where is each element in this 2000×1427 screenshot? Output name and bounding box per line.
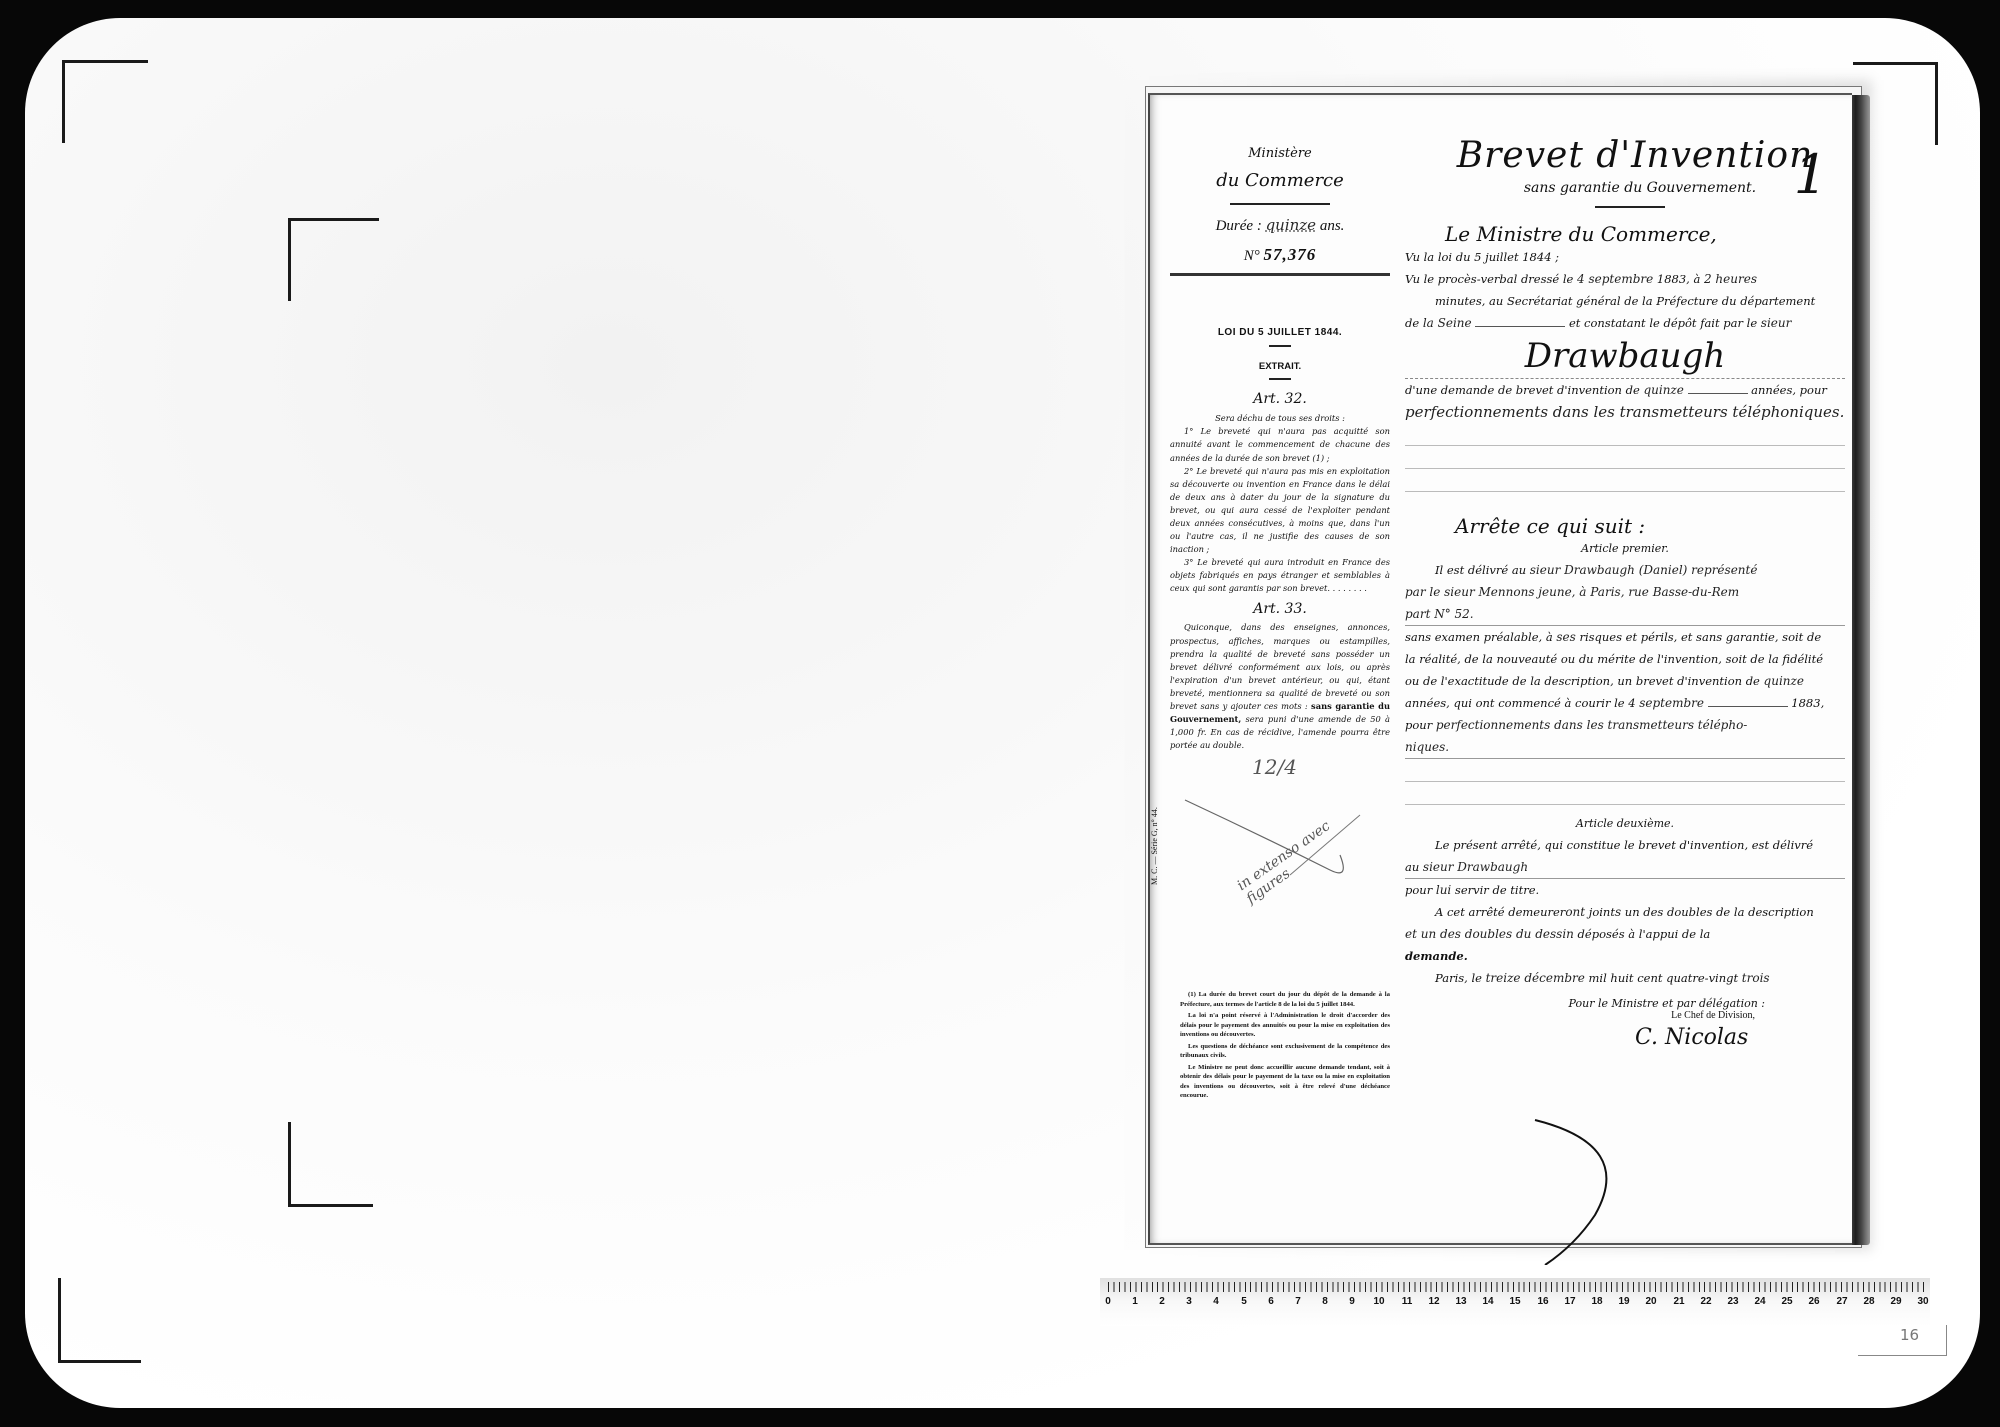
article-32-para-3: 3° Le breveté qui aura introduit en Fran…: [1170, 556, 1390, 595]
article-32-intro: Sera déchu de tous ses droits :: [1170, 412, 1390, 425]
duration-label: Durée :: [1216, 218, 1262, 234]
date-prefix: Paris, le: [1435, 971, 1482, 985]
footnote-3: Les questions de déchéance sont exclusiv…: [1180, 1042, 1390, 1061]
demande-prefix: d'une demande de brevet d'invention de: [1405, 383, 1640, 397]
fill-line: [1475, 326, 1565, 327]
duration-value: quinze: [1266, 216, 1317, 234]
ruler-label: 6: [1268, 1296, 1274, 1307]
a2-line-3: pour lui servir de titre.: [1405, 879, 1845, 901]
a1-l4-hand: ses: [1556, 630, 1575, 644]
ruler-label: 18: [1591, 1296, 1602, 1307]
fill-line: [1688, 393, 1748, 394]
a1-line-3: part N° 52.: [1405, 603, 1845, 626]
a1-grantee: sieur Drawbaugh (Daniel) représenté: [1530, 563, 1758, 577]
a1-l7-hand: septembre: [1639, 696, 1704, 710]
article-1-heading: Article premier.: [1405, 542, 1845, 555]
a1-line-2: par le sieur Mennons jeune, à Paris, rue…: [1405, 581, 1845, 603]
a1-prefix: Il est délivré au: [1435, 563, 1526, 577]
patent-body: Brevet d'Invention sans garantie du Gouv…: [1405, 135, 1845, 1050]
article-32-title: Art. 32.: [1170, 390, 1390, 409]
proces-verbal-year: 1883, à: [1657, 272, 1700, 286]
arrete-heading: Arrête ce qui suit :: [1455, 514, 1845, 538]
ruler-label: 29: [1890, 1296, 1901, 1307]
a2-line-2: au sieur Drawbaugh: [1405, 856, 1845, 879]
ruler-label: 16: [1537, 1296, 1548, 1307]
delegation-line: Pour le Ministre et par délégation :: [1405, 997, 1765, 1010]
measurement-ruler: 0 1 2 3 4 5 6 7 8 9 10 11 12 13 14 15 16…: [1100, 1278, 1930, 1326]
ornament-divider: [1230, 203, 1330, 205]
pencil-strike-line: [1180, 795, 1370, 885]
ruler-label: 10: [1373, 1296, 1384, 1307]
a2-l4-suffix: un des doubles de la description: [1625, 905, 1814, 919]
blank-line: [1405, 759, 1845, 782]
article-2-heading: Article deuxième.: [1405, 817, 1845, 830]
a2-l4-hand: ont: [1565, 905, 1585, 919]
duration-unit: ans.: [1320, 218, 1345, 234]
crop-mark-inner-bottom-left: [288, 1122, 373, 1207]
footnote-1: (1) La durée du brevet court du jour du …: [1180, 990, 1390, 1009]
a2-line-5: et un des doubles du dessin déposés à l'…: [1405, 923, 1845, 945]
article-33-text: Quiconque, dans des enseignes, annonces,…: [1170, 621, 1390, 752]
department-prefix: de: [1405, 316, 1419, 330]
vu-loi-line: Vu la loi du 5 juillet 1844 ;: [1405, 246, 1845, 268]
ruler-label: 26: [1808, 1296, 1819, 1307]
document-subtitle: sans garantie du Gouvernement.: [1435, 180, 1845, 196]
ruler-label: 23: [1727, 1296, 1738, 1307]
ruler-label: 2: [1159, 1296, 1165, 1307]
proces-verbal-date: 4 septembre: [1577, 272, 1653, 286]
a2-l3-hand: lui: [1436, 883, 1451, 897]
ruler-label: 30: [1917, 1296, 1928, 1307]
ministry-line-2: du Commerce: [1170, 169, 1390, 193]
a1-l6-prefix: ou de l'exactitude de la description, un…: [1405, 674, 1760, 688]
department-suffix: et constatant le dépôt fait par le: [1569, 316, 1757, 330]
a1-line-5: la réalité, de la nouveauté ou du mérite…: [1405, 648, 1845, 670]
ruler-labels: 0 1 2 3 4 5 6 7 8 9 10 11 12 13 14 15 16…: [1100, 1296, 1930, 1312]
ornament-divider: [1595, 206, 1665, 208]
blank-line: [1405, 782, 1845, 805]
ruler-label: 28: [1863, 1296, 1874, 1307]
section-rule: [1170, 273, 1390, 276]
proces-verbal-prefix: Vu le procès-verbal dressé le: [1405, 272, 1573, 286]
a2-l4-mid: joint: [1589, 905, 1615, 919]
patent-number-value: 57,376: [1264, 245, 1317, 264]
fill-line: [1708, 706, 1788, 707]
minutes-line: minutes, au Secrétariat général de la Pr…: [1405, 290, 1845, 312]
pencil-fraction-note: 12/4: [1252, 755, 1297, 779]
patent-document-page: Ministère du Commerce Durée : quinze ans…: [1148, 93, 1852, 1245]
a1-line-8: pour perfectionnements dans les transmet…: [1405, 714, 1845, 736]
ruler-label: 3: [1186, 1296, 1192, 1307]
footnotes: (1) La durée du brevet court du jour du …: [1180, 990, 1390, 1103]
a1-l4-prefix: sans examen préalable, à: [1405, 630, 1553, 644]
proces-verbal-hour: 2 heures: [1704, 272, 1757, 286]
left-margin-column: Ministère du Commerce Durée : quinze ans…: [1170, 145, 1390, 752]
ruler-label: 21: [1673, 1296, 1684, 1307]
ruler-label: 20: [1645, 1296, 1656, 1307]
a1-line-9: niques.: [1405, 736, 1845, 759]
law-title: LOI DU 5 JUILLET 1844.: [1170, 326, 1390, 340]
ruler-label: 24: [1754, 1296, 1765, 1307]
demande-suffix: années, pour: [1751, 383, 1827, 397]
ruler-label: 12: [1428, 1296, 1439, 1307]
a1-line-7: années, qui ont commencé à courir le 4 s…: [1405, 692, 1845, 714]
a2-l3-suffix: servir de titre.: [1455, 883, 1539, 897]
ruler-ticks: [1108, 1282, 1928, 1292]
a1-line-4: sans examen préalable, à ses risques et …: [1405, 626, 1845, 648]
duration-field: Durée : quinze ans.: [1170, 215, 1390, 236]
patent-number-field: N° 57,376: [1170, 244, 1390, 267]
document-title: Brevet d'Invention: [1425, 135, 1845, 176]
a2-line-4: A cet arrêté demeureront joints un des d…: [1405, 901, 1845, 923]
a1-l6-hand: quinze: [1764, 674, 1804, 688]
article-32-para-2: 2° Le breveté qui n'aura pas mis en expl…: [1170, 465, 1390, 557]
department-value: la Seine: [1423, 316, 1472, 330]
demande-duration: quinze: [1643, 383, 1683, 397]
a1-l7-prefix: années, qui ont commencé à courir le 4: [1405, 696, 1636, 710]
a2-l5-hand: et un des doubles du dessin: [1405, 927, 1574, 941]
invention-title: perfectionnements dans les transmetteurs…: [1405, 401, 1845, 423]
ruler-label: 27: [1836, 1296, 1847, 1307]
date-day-month: treize décembre: [1486, 971, 1585, 985]
ruler-label: 5: [1241, 1296, 1247, 1307]
a2-l2-prefix: au: [1405, 860, 1419, 874]
footnote-2: La loi n'a point réservé à l'Administrat…: [1180, 1011, 1390, 1040]
a2-l2-hand: sieur Drawbaugh: [1423, 860, 1528, 874]
short-divider: [1269, 378, 1291, 380]
ruler-label: 7: [1295, 1296, 1301, 1307]
article-32-para-1: 1° Le breveté qui n'aura pas acquitté so…: [1170, 425, 1390, 464]
blank-line: [1405, 423, 1845, 446]
chef-division-label: Le Chef de Division,: [1405, 1010, 1755, 1021]
date-year-prefix: mil huit cent quatre-vingt: [1589, 971, 1739, 985]
a1-l8-hand: perfectionnements dans les transmetteurs…: [1436, 718, 1748, 732]
ruler-label: 0: [1105, 1296, 1111, 1307]
proces-verbal-line: Vu le procès-verbal dressé le 4 septembr…: [1405, 268, 1845, 290]
extract-label: EXTRAIT.: [1170, 361, 1390, 374]
a2-l4-prefix: A cet arrêté demeurer: [1435, 905, 1565, 919]
signature-flourish: [1515, 1115, 1665, 1265]
a1-l8-prefix: pour: [1405, 718, 1432, 732]
ruler-label: 22: [1700, 1296, 1711, 1307]
a2-line-1: Le présent arrêté, qui constitue le brev…: [1405, 834, 1845, 856]
ruler-label: 17: [1564, 1296, 1575, 1307]
ruler-label: 13: [1455, 1296, 1466, 1307]
footnote-4: Le Ministre ne peut donc accueillir aucu…: [1180, 1063, 1390, 1101]
date-year-suffix: trois: [1742, 971, 1770, 985]
crop-mark-outer-bottom-left: [58, 1278, 141, 1363]
ministry-line-1: Ministère: [1170, 145, 1390, 163]
ruler-label: 9: [1349, 1296, 1355, 1307]
date-line: Paris, le treize décembre mil huit cent …: [1405, 967, 1845, 989]
sieur-label: sieur: [1761, 316, 1792, 330]
a2-line-6: demande.: [1405, 945, 1845, 967]
a2-l5-suffix: déposés à l'appui de la: [1578, 927, 1711, 941]
ruler-label: 4: [1213, 1296, 1219, 1307]
ruler-label: 14: [1482, 1296, 1493, 1307]
minister-heading: Le Ministre du Commerce,: [1445, 222, 1845, 246]
ruler-label: 1: [1132, 1296, 1138, 1307]
a1-line-6: ou de l'exactitude de la description, un…: [1405, 670, 1845, 692]
a1-l7-year: 1883,: [1791, 696, 1824, 710]
ruler-label: 15: [1509, 1296, 1520, 1307]
ruler-label: 25: [1781, 1296, 1792, 1307]
crop-mark-inner-top-left: [288, 218, 379, 301]
crop-mark-outer-top-left: [62, 60, 148, 143]
short-divider: [1269, 345, 1291, 347]
a1-l4-suffix: risques et périls, et sans garantie, soi…: [1579, 630, 1821, 644]
a2-l3-prefix: pour: [1405, 883, 1432, 897]
demande-line: d'une demande de brevet d'invention de q…: [1405, 379, 1845, 401]
a2-l4-hand2: s: [1615, 905, 1621, 919]
ruler-label: 19: [1618, 1296, 1629, 1307]
ruler-label: 8: [1322, 1296, 1328, 1307]
blank-line: [1405, 446, 1845, 469]
blank-line: [1405, 469, 1845, 492]
a1-line-1: Il est délivré au sieur Drawbaugh (Danie…: [1405, 559, 1845, 581]
series-label: M. C. — Série G, n° 44.: [1150, 807, 1159, 885]
article-33-para-1: Quiconque, dans des enseignes, annonces,…: [1170, 622, 1390, 711]
ruler-label: 11: [1402, 1296, 1413, 1307]
patent-number-label: N°: [1244, 248, 1260, 264]
department-line: de la Seine et constatant le dépôt fait …: [1405, 312, 1845, 334]
archive-number: 16: [1900, 1326, 1919, 1344]
signature: C. Nicolas: [1635, 1025, 1845, 1050]
applicant-name: Drawbaugh: [1405, 334, 1845, 379]
article-33-title: Art. 33.: [1170, 600, 1390, 619]
